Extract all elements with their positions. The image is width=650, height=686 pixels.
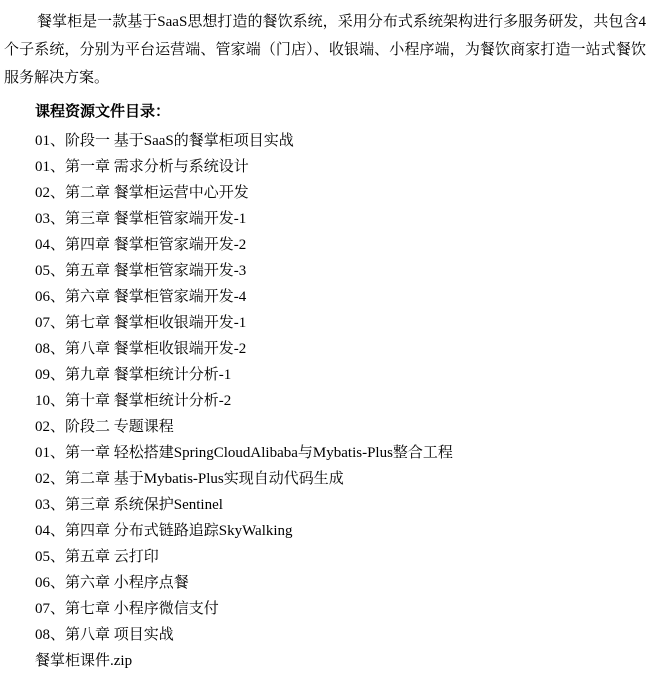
list-item: 餐掌柜课件.zip (4, 648, 646, 674)
list-item: 09、第九章 餐掌柜统计分析-1 (4, 362, 646, 388)
list-item: 07、第七章 小程序微信支付 (4, 596, 646, 622)
list-item: 05、第五章 云打印 (4, 544, 646, 570)
list-item: 10、第十章 餐掌柜统计分析-2 (4, 388, 646, 414)
list-item: 03、第三章 系统保护Sentinel (4, 492, 646, 518)
catalog-list: 01、阶段一 基于SaaS的餐掌柜项目实战01、第一章 需求分析与系统设计02、… (4, 128, 646, 674)
list-item: 08、第八章 餐掌柜收银端开发-2 (4, 336, 646, 362)
list-item: 08、第八章 项目实战 (4, 622, 646, 648)
intro-paragraph: 餐掌柜是一款基于SaaS思想打造的餐饮系统，采用分布式系统架构进行多服务研发，共… (4, 8, 646, 92)
list-item: 02、第二章 餐掌柜运营中心开发 (4, 180, 646, 206)
list-item: 05、第五章 餐掌柜管家端开发-3 (4, 258, 646, 284)
document: 餐掌柜是一款基于SaaS思想打造的餐饮系统，采用分布式系统架构进行多服务研发，共… (0, 0, 650, 674)
list-item: 03、第三章 餐掌柜管家端开发-1 (4, 206, 646, 232)
list-item: 06、第六章 餐掌柜管家端开发-4 (4, 284, 646, 310)
list-item: 02、阶段二 专题课程 (4, 414, 646, 440)
list-item: 02、第二章 基于Mybatis-Plus实现自动代码生成 (4, 466, 646, 492)
list-item: 04、第四章 分布式链路追踪SkyWalking (4, 518, 646, 544)
list-item: 06、第六章 小程序点餐 (4, 570, 646, 596)
list-item: 07、第七章 餐掌柜收银端开发-1 (4, 310, 646, 336)
list-item: 01、第一章 轻松搭建SpringCloudAlibaba与Mybatis-Pl… (4, 440, 646, 466)
list-item: 01、阶段一 基于SaaS的餐掌柜项目实战 (4, 128, 646, 154)
list-item: 01、第一章 需求分析与系统设计 (4, 154, 646, 180)
list-item: 04、第四章 餐掌柜管家端开发-2 (4, 232, 646, 258)
catalog-heading: 课程资源文件目录： (4, 98, 646, 126)
